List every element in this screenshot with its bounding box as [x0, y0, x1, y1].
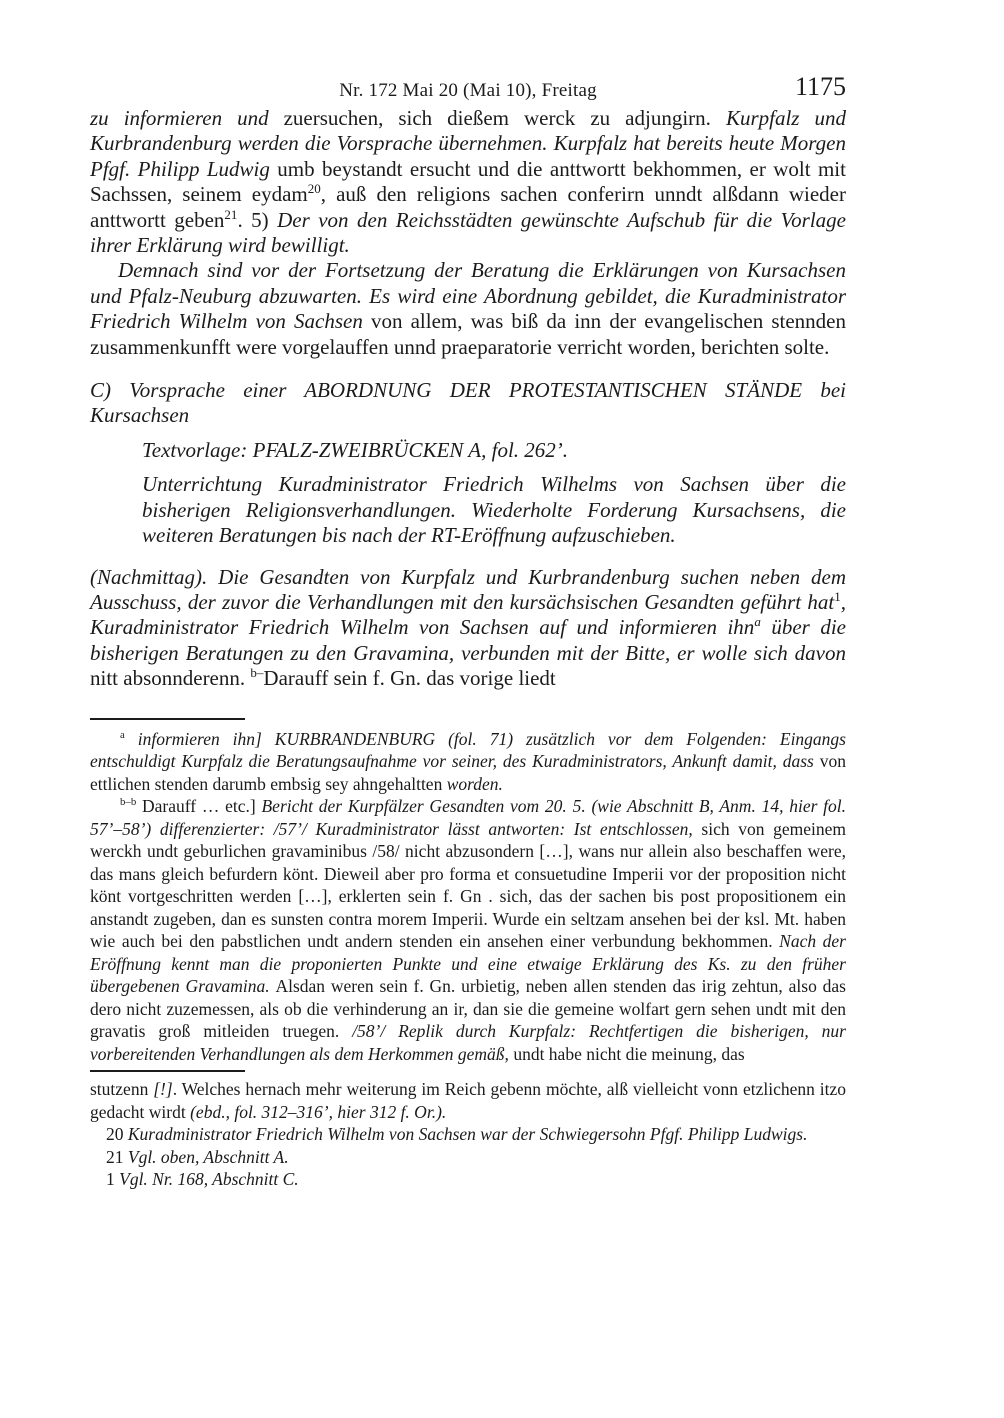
text-run: 1 — [106, 1169, 115, 1189]
summary-note: Unterrichtung Kuradministrator Friedrich… — [142, 472, 846, 548]
footnote-b-continuation: stutzenn [!]. Welches hernach mehr weite… — [90, 1078, 846, 1123]
footnote-separator-1 — [90, 718, 245, 720]
footnote-marker: 20 — [308, 181, 321, 196]
text-run: informieren ihn] KURBRANDENBURG (fol. 71… — [90, 729, 846, 772]
footnote-1: 1 Vgl. Nr. 168, Abschnitt C. — [90, 1168, 846, 1191]
text-run: Vgl. oben, Abschnitt A. — [124, 1147, 289, 1167]
text-run: nitt absonnderenn. — [90, 666, 250, 690]
text-run: (ebd., fol. 312–316’, hier 312 f. Or.). — [190, 1102, 446, 1122]
text-run: 21 — [106, 1147, 124, 1167]
running-header-title: Nr. 172 Mai 20 (Mai 10), Freitag — [90, 80, 846, 102]
footnote-separator-2 — [90, 1070, 245, 1072]
text-run: stutzenn — [90, 1079, 153, 1099]
text-body: zu informieren und zuersuchen, sich dieß… — [90, 106, 846, 1191]
text-run: C) Vorsprache einer ABORDNUNG DER PROTES… — [90, 378, 846, 427]
paragraph-1: zu informieren und zuersuchen, sich dieß… — [90, 106, 846, 258]
text-run: (Nachmittag). Die Gesandten von Kurpfalz… — [90, 565, 846, 614]
section-heading-c: C) Vorsprache einer ABORDNUNG DER PROTES… — [90, 378, 846, 429]
text-column: Nr. 172 Mai 20 (Mai 10), Freitag 1175 zu… — [90, 0, 846, 1191]
book-page: Nr. 172 Mai 20 (Mai 10), Freitag 1175 zu… — [0, 0, 1004, 1418]
text-run: Textvorlage: PFALZ-ZWEIBRÜCKEN A, fol. 2… — [142, 438, 568, 462]
footnote-a: a informieren ihn] KURBRANDENBURG (fol. … — [90, 728, 846, 796]
text-run: Kuradministrator Friedrich Wilhelm von S… — [124, 1124, 808, 1144]
footnote-marker: b–b — [120, 796, 136, 808]
text-run: 20 — [106, 1124, 124, 1144]
footnote-marker: b– — [250, 665, 263, 680]
text-run: Darauff … etc.] — [136, 796, 261, 816]
text-run: Vgl. Nr. 168, Abschnitt C. — [115, 1169, 299, 1189]
paragraph-2: Demnach sind vor der Fortsetzung der Ber… — [90, 258, 846, 360]
text-run: zu informieren und — [90, 106, 269, 130]
text-run: Darauff sein f. Gn. das vorige liedt — [263, 666, 555, 690]
footnote-b: b–b Darauff … etc.] Bericht der Kurpfälz… — [90, 795, 846, 1065]
source-note: Textvorlage: PFALZ-ZWEIBRÜCKEN A, fol. 2… — [142, 438, 846, 463]
text-run: [!] — [153, 1079, 172, 1099]
text-run: . 5) — [237, 208, 277, 232]
running-header: Nr. 172 Mai 20 (Mai 10), Freitag 1175 — [90, 0, 846, 106]
text-run: Unterrichtung Kuradministrator Friedrich… — [142, 472, 846, 547]
footnote-20: 20 Kuradministrator Friedrich Wilhelm vo… — [90, 1123, 846, 1146]
footnote-marker: 21 — [224, 207, 237, 222]
footnote-21: 21 Vgl. oben, Abschnitt A. — [90, 1146, 846, 1169]
page-number: 1175 — [795, 72, 846, 102]
text-run: undt habe nicht die meinung, das — [513, 1044, 744, 1064]
paragraph-nachmittag: (Nachmittag). Die Gesandten von Kurpfalz… — [90, 565, 846, 692]
text-run: worden. — [447, 774, 503, 794]
text-run: zuersuchen, sich dießem werck zu adjungi… — [269, 106, 726, 130]
